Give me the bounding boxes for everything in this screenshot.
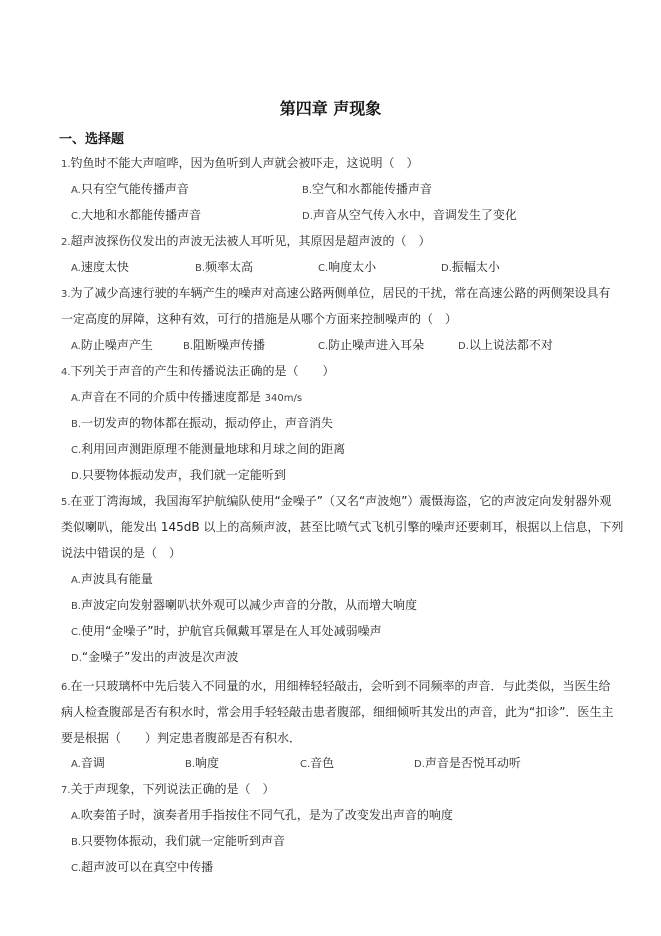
option-label: B. [71, 601, 81, 612]
option-label: A. [71, 185, 81, 196]
question-5-option-c: C.使用“金噪子”时，护航官兵佩戴耳罩是在人耳处减弱噪声 [71, 623, 382, 641]
option-text: 音调 [81, 756, 105, 770]
question-2-option-c: C.响度太小 [318, 259, 376, 277]
question-3-stem-line-2: 一定高度的屏障，这种有效，可行的措施是从哪个方面来控制噪声的（ ） [61, 311, 457, 327]
option-text: 吹奏笛子时，演奏者用手指按住不同气孔，是为了改变发出声音的响度 [81, 808, 453, 822]
option-text: 音色 [310, 756, 334, 770]
stem-text: 为了减少高速行驶的车辆产生的噪声对高速公路两侧单位，居民的干扰，常在高速公路的两… [71, 286, 611, 300]
stem-text: 在亚丁湾海域，我国海军护航编队使用“金噪子”（又名“声波炮”）震慑海盗，它的声波… [71, 494, 612, 508]
option-text: 频率太高 [205, 260, 253, 274]
question-number: 4. [61, 367, 71, 378]
option-label: D. [71, 471, 82, 482]
option-label: B. [71, 837, 81, 848]
question-1-option-d: D.声音从空气传入水中，音调发生了变化 [302, 207, 517, 225]
option-label: A. [71, 393, 81, 404]
option-text: 声音从空气传入水中，音调发生了变化 [313, 208, 517, 222]
question-1-option-c: C.大地和水都能传播声音 [71, 207, 201, 225]
question-number: 6. [61, 682, 71, 693]
question-7-option-b: B.只要物体振动，我们就一定能听到声音 [71, 833, 285, 851]
option-text: 超声波可以在真空中传播 [81, 860, 213, 874]
option-label: A. [71, 759, 81, 770]
option-label: B. [195, 263, 205, 274]
question-4-option-b: B.一切发声的物体都在振动，振动停止，声音消失 [71, 415, 333, 433]
question-1-option-b: B.空气和水都能传播声音 [302, 181, 432, 199]
question-number: 2. [61, 237, 71, 248]
question-6-option-b: B.响度 [185, 755, 219, 773]
option-text: 使用“金噪子”时，护航官兵佩戴耳罩是在人耳处减弱噪声 [81, 624, 381, 638]
question-6-option-a: A.音调 [71, 755, 105, 773]
option-text: 声音是否悦耳动听 [425, 756, 521, 770]
option-text: 声音在不同的介质中传播速度都是 [81, 390, 265, 404]
option-text: 利用回声测距原理不能测量地球和月球之间的距离 [81, 442, 345, 456]
option-text: 空气和水都能传播声音 [312, 182, 432, 196]
option-text: 大地和水都能传播声音 [81, 208, 201, 222]
option-label: C. [71, 211, 81, 222]
question-1-stem: 1.钓鱼时不能大声喧哗，因为鱼听到人声就会被吓走，这说明（ ） [61, 155, 419, 173]
question-3-stem-line-1: 3.为了减少高速行驶的车辆产生的噪声对高速公路两侧单位，居民的干扰，常在高速公路… [61, 285, 611, 303]
question-5-option-a: A.声波具有能量 [71, 571, 153, 589]
option-label: D. [302, 211, 313, 222]
question-4-stem: 4.下列关于声音的产生和传播说法正确的是（ ） [61, 363, 335, 381]
option-label: D. [414, 759, 425, 770]
question-3-option-d: D.以上说法都不对 [458, 337, 553, 355]
option-label: C. [318, 341, 328, 352]
question-5-stem-line-2: 类似喇叭，能发出 145dB 以上的高频声波，甚至比喷气式飞机引擎的噪声还要刺耳… [61, 519, 623, 535]
section-heading: 一、选择题 [59, 128, 124, 147]
question-6-option-d: D.声音是否悦耳动听 [414, 755, 521, 773]
option-label: A. [71, 263, 81, 274]
option-label: C. [318, 263, 328, 274]
stem-text: 下列关于声音的产生和传播说法正确的是（ ） [71, 364, 335, 378]
stem-text: 在一只玻璃杯中先后装入不同量的水，用细棒轻轻敲击，会听到不同频率的声音．与此类似… [71, 679, 611, 693]
speed-value: 340m/s [265, 393, 302, 404]
option-text: 防止噪声进入耳朵 [328, 338, 424, 352]
option-text: 声波具有能量 [81, 572, 153, 586]
option-text: 声波定向发射器喇叭状外观可以减少声音的分散，从而增大响度 [81, 598, 417, 612]
stem-text: 钓鱼时不能大声喧哗，因为鱼听到人声就会被吓走，这说明（ ） [71, 156, 419, 170]
option-text: 振幅太小 [452, 260, 500, 274]
question-5-stem-line-1: 5.在亚丁湾海域，我国海军护航编队使用“金噪子”（又名“声波炮”）震慑海盗，它的… [61, 493, 611, 511]
question-number: 5. [61, 497, 71, 508]
option-label: B. [185, 759, 195, 770]
option-label: C. [71, 445, 81, 456]
question-3-option-a: A.防止噪声产生 [71, 337, 153, 355]
question-4-option-a: A.声音在不同的介质中传播速度都是 340m/s [71, 389, 302, 407]
question-6-stem-line-2: 病人检查腹部是否有积水时，常会用手轻轻敲击患者腹部，细细倾听其发出的声音，此为“… [61, 704, 613, 720]
option-label: D. [458, 341, 469, 352]
question-6-stem-line-3: 要是根据（ ）判定患者腹部是否有积水． [61, 730, 301, 746]
option-text: 只要物体振动，我们就一定能听到声音 [81, 834, 285, 848]
question-4-option-d: D.只要物体振动发声，我们就一定能听到 [71, 467, 286, 485]
option-label: D. [441, 263, 452, 274]
option-label: B. [183, 341, 193, 352]
question-5-option-d: D.“金噪子”发出的声波是次声波 [71, 649, 238, 667]
question-6-stem-line-1: 6.在一只玻璃杯中先后装入不同量的水，用细棒轻轻敲击，会听到不同频率的声音．与此… [61, 678, 611, 696]
question-7-option-a: A.吹奏笛子时，演奏者用手指按住不同气孔，是为了改变发出声音的响度 [71, 807, 453, 825]
question-number: 3. [61, 289, 71, 300]
option-text: 一切发声的物体都在振动，振动停止，声音消失 [81, 416, 333, 430]
question-5-option-b: B.声波定向发射器喇叭状外观可以减少声音的分散，从而增大响度 [71, 597, 417, 615]
question-2-option-a: A.速度太快 [71, 259, 129, 277]
question-3-option-c: C.防止噪声进入耳朵 [318, 337, 424, 355]
option-label: A. [71, 341, 81, 352]
option-text: 速度太快 [81, 260, 129, 274]
question-7-stem: 7.关于声现象，下列说法正确的是（ ） [61, 781, 275, 799]
option-label: C. [300, 759, 310, 770]
question-number: 1. [61, 159, 71, 170]
option-label: A. [71, 811, 81, 822]
option-text: 只有空气能传播声音 [81, 182, 189, 196]
option-label: C. [71, 627, 81, 638]
option-text: 防止噪声产生 [81, 338, 153, 352]
option-label: D. [71, 653, 82, 664]
question-2-option-b: B.频率太高 [195, 259, 253, 277]
question-2-stem: 2.超声波探伤仪发出的声波无法被人耳听见，其原因是超声波的（ ） [61, 233, 431, 251]
option-text: 以上说法都不对 [469, 338, 553, 352]
question-2-option-d: D.振幅太小 [441, 259, 500, 277]
stem-text: 关于声现象，下列说法正确的是（ ） [71, 782, 275, 796]
question-1-option-a: A.只有空气能传播声音 [71, 181, 189, 199]
option-text: 响度太小 [328, 260, 376, 274]
question-6-option-c: C.音色 [300, 755, 334, 773]
question-5-stem-line-3: 说法中错误的是（ ） [61, 545, 181, 561]
option-text: 响度 [195, 756, 219, 770]
stem-text: 超声波探伤仪发出的声波无法被人耳听见，其原因是超声波的（ ） [71, 234, 431, 248]
option-text: 只要物体振动发声，我们就一定能听到 [82, 468, 286, 482]
option-text: 阻断噪声传播 [193, 338, 265, 352]
document-page: 第四章 声现象 一、选择题 1.钓鱼时不能大声喧哗，因为鱼听到人声就会被吓走，这… [0, 0, 661, 936]
option-label: C. [71, 863, 81, 874]
question-3-option-b: B.阻断噪声传播 [183, 337, 265, 355]
question-7-option-c: C.超声波可以在真空中传播 [71, 859, 213, 877]
question-4-option-c: C.利用回声测距原理不能测量地球和月球之间的距离 [71, 441, 345, 459]
question-number: 7. [61, 785, 71, 796]
option-label: B. [71, 419, 81, 430]
option-text: “金噪子”发出的声波是次声波 [82, 650, 238, 664]
page-title: 第四章 声现象 [0, 96, 661, 119]
option-label: B. [302, 185, 312, 196]
option-label: A. [71, 575, 81, 586]
